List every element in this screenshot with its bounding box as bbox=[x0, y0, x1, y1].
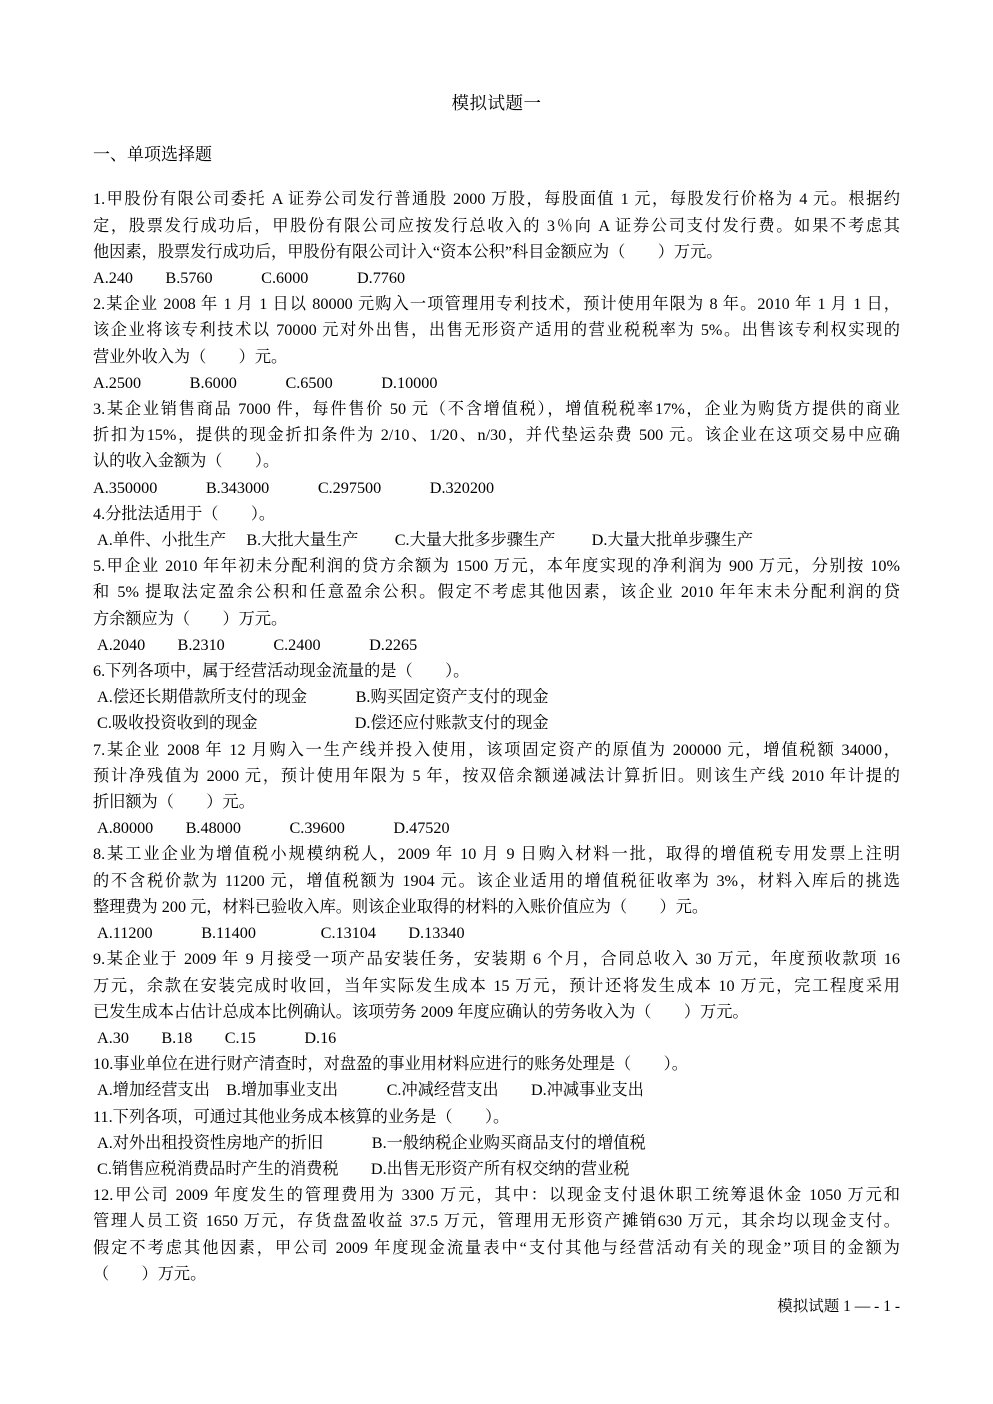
question-12-stem-line: （ ）万元。 bbox=[93, 1261, 900, 1287]
question-9-stem-line: 9.某企业于 2009 年 9 月接受一项产品安装任务，安装期 6 个月，合同总… bbox=[93, 946, 900, 972]
question-5-stem-line: 方余额应为（ ）万元。 bbox=[93, 606, 900, 632]
question-5-options-line: A.2040 B.2310 C.2400 D.2265 bbox=[93, 632, 900, 658]
question-11-options-line: A.对外出租投资性房地产的折旧 B.一般纳税企业购买商品支付的增值税 bbox=[93, 1130, 900, 1156]
question-3-stem-line: 认的收入金额为（ ）。 bbox=[93, 448, 900, 474]
question-3-stem-line: 折扣为15%，提供的现金折扣条件为 2/10、1/20、n/30，并代垫运杂费 … bbox=[93, 422, 900, 448]
question-2-stem-line: 2.某企业 2008 年 1 月 1 日以 80000 元购入一项管理用专利技术… bbox=[93, 291, 900, 317]
question-1-stem-line: 他因素，股票发行成功后，甲股份有限公司计入“资本公积”科目金额应为（ ）万元。 bbox=[93, 239, 900, 265]
question-4-options-line: A.单件、小批生产 B.大批大量生产 C.大量大批多步骤生产 D.大量大批单步骤… bbox=[93, 527, 900, 553]
question-8-stem-line: 的不含税价款为 11200 元，增值税额为 1904 元。该企业适用的增值税征收… bbox=[93, 868, 900, 894]
question-7-stem-line: 折旧额为（ ）元。 bbox=[93, 789, 900, 815]
question-8-options-line: A.11200 B.11400 C.13104 D.13340 bbox=[93, 920, 900, 946]
question-7-stem-line: 预计净残值为 2000 元，预计使用年限为 5 年，按双倍余额递减法计算折旧。则… bbox=[93, 763, 900, 789]
question-8-stem-line: 8.某工业企业为增值税小规模纳税人，2009 年 10 月 9 日购入材料一批，… bbox=[93, 841, 900, 867]
question-4-stem-line: 4.分批法适用于（ ）。 bbox=[93, 501, 900, 527]
question-9-stem-line: 已发生成本占估计总成本比例确认。该项劳务 2009 年度应确认的劳务收入为（ ）… bbox=[93, 999, 900, 1025]
question-2-options-line: A.2500 B.6000 C.6500 D.10000 bbox=[93, 370, 900, 396]
question-1-options-line: A.240 B.5760 C.6000 D.7760 bbox=[93, 265, 900, 291]
question-12-stem-line: 假定不考虑其他因素，甲公司 2009 年度现金流量表中“支付其他与经营活动有关的… bbox=[93, 1235, 900, 1261]
question-1-stem-line: 1.甲股份有限公司委托 A 证券公司发行普通股 2000 万股，每股面值 1 元… bbox=[93, 186, 900, 212]
question-12-stem-line: 管理人员工资 1650 万元，存货盘盈收益 37.5 万元，管理用无形资产摊销6… bbox=[93, 1208, 900, 1234]
question-10-stem-line: 10.事业单位在进行财产清查时，对盘盈的事业用材料应进行的账务处理是（ ）。 bbox=[93, 1051, 900, 1077]
question-12-stem-line: 12.甲公司 2009 年度发生的管理费用为 3300 万元，其中：以现金支付退… bbox=[93, 1182, 900, 1208]
question-10-options-line: A.增加经营支出 B.增加事业支出 C.冲减经营支出 D.冲减事业支出 bbox=[93, 1077, 900, 1103]
questions-container: 1.甲股份有限公司委托 A 证券公司发行普通股 2000 万股，每股面值 1 元… bbox=[93, 186, 900, 1287]
question-7-options-line: A.80000 B.48000 C.39600 D.47520 bbox=[93, 815, 900, 841]
question-2-stem-line: 营业外收入为（ ）元。 bbox=[93, 344, 900, 370]
question-8-stem-line: 整理费为 200 元，材料已验收入库。则该企业取得的材料的入账价值应为（ ）元。 bbox=[93, 894, 900, 920]
question-11-stem-line: 11.下列各项，可通过其他业务成本核算的业务是（ ）。 bbox=[93, 1104, 900, 1130]
question-9-options-line: A.30 B.18 C.15 D.16 bbox=[93, 1025, 900, 1051]
question-2-stem-line: 该企业将该专利技术以 70000 元对外出售，出售无形资产适用的营业税税率为 5… bbox=[93, 317, 900, 343]
page-title: 模拟试题一 bbox=[93, 90, 900, 116]
question-6-stem-line: 6.下列各项中，属于经营活动现金流量的是（ ）。 bbox=[93, 658, 900, 684]
question-6-options-line: C.吸收投资收到的现金 D.偿还应付账款支付的现金 bbox=[93, 710, 900, 736]
question-7-stem-line: 7.某企业 2008 年 12 月购入一生产线并投入使用，该项固定资产的原值为 … bbox=[93, 737, 900, 763]
question-3-options-line: A.350000 B.343000 C.297500 D.320200 bbox=[93, 475, 900, 501]
question-9-stem-line: 万元，余款在安装完成时收回，当年实际发生成本 15 万元，预计还将发生成本 10… bbox=[93, 973, 900, 999]
document-page: 模拟试题一 一、单项选择题 1.甲股份有限公司委托 A 证券公司发行普通股 20… bbox=[0, 0, 993, 1404]
question-5-stem-line: 5.甲企业 2010 年年初未分配利润的贷方余额为 1500 万元，本年度实现的… bbox=[93, 553, 900, 579]
question-11-options-line: C.销售应税消费品时产生的消费税 D.出售无形资产所有权交纳的营业税 bbox=[93, 1156, 900, 1182]
question-3-stem-line: 3.某企业销售商品 7000 件，每件售价 50 元（不含增值税），增值税税率1… bbox=[93, 396, 900, 422]
question-1-stem-line: 定，股票发行成功后，甲股份有限公司应按发行总收入的 3％向 A 证券公司支付发行… bbox=[93, 213, 900, 239]
question-5-stem-line: 和 5% 提取法定盈余公积和任意盈余公积。假定不考虑其他因素，该企业 2010 … bbox=[93, 579, 900, 605]
question-6-options-line: A.偿还长期借款所支付的现金 B.购买固定资产支付的现金 bbox=[93, 684, 900, 710]
page-footer: 模拟试题 1 — - 1 - bbox=[93, 1295, 900, 1319]
section-heading: 一、单项选择题 bbox=[93, 142, 900, 168]
